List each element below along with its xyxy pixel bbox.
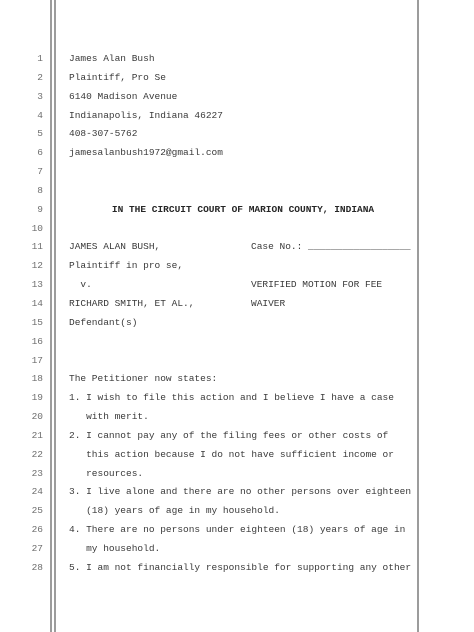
pleading-line: 6jamesalanbush1972@gmail.com [0, 144, 474, 163]
pleading-line: 191. I wish to file this action and I be… [0, 389, 474, 408]
court-heading: IN THE CIRCUIT COURT OF MARION COUNTY, I… [69, 201, 417, 220]
pleading-line: 18The Petitioner now states: [0, 370, 474, 389]
line-number: 7 [0, 163, 43, 182]
line-number: 10 [0, 220, 43, 239]
line-number: 11 [0, 238, 43, 257]
line-number: 21 [0, 427, 43, 446]
line-text: RICHARD SMITH, ET AL., [69, 295, 194, 314]
pleading-line: 22 this action because I do not have suf… [0, 446, 474, 465]
pleading-line: 7 [0, 163, 474, 182]
line-number: 1 [0, 50, 43, 69]
line-text: v. [69, 276, 92, 295]
line-text: Plaintiff, Pro Se [69, 69, 166, 88]
pleading-line: 285. I am not financially responsible fo… [0, 559, 474, 578]
line-number: 12 [0, 257, 43, 276]
line-number: 18 [0, 370, 43, 389]
pleading-line: 4Indianapolis, Indiana 46227 [0, 107, 474, 126]
pleading-line: 14RICHARD SMITH, ET AL.,WAIVER [0, 295, 474, 314]
pleading-line: 27 my household. [0, 540, 474, 559]
line-text: 408-307-5762 [69, 125, 137, 144]
pleading-line: 9IN THE CIRCUIT COURT OF MARION COUNTY, … [0, 201, 474, 220]
line-number: 9 [0, 201, 43, 220]
caption-right-column-text: Case No.: __________________ [251, 238, 411, 257]
line-number: 24 [0, 483, 43, 502]
line-number: 19 [0, 389, 43, 408]
line-text: (18) years of age in my household. [69, 502, 280, 521]
pleading-line: 264. There are no persons under eighteen… [0, 521, 474, 540]
pleading-line: 8 [0, 182, 474, 201]
line-number: 5 [0, 125, 43, 144]
line-number: 13 [0, 276, 43, 295]
pleading-line: 5408-307-5762 [0, 125, 474, 144]
line-number: 14 [0, 295, 43, 314]
caption-right-column-text: WAIVER [251, 295, 285, 314]
line-number: 25 [0, 502, 43, 521]
line-number: 2 [0, 69, 43, 88]
pleading-line: 17 [0, 352, 474, 371]
line-number: 22 [0, 446, 43, 465]
line-number: 26 [0, 521, 43, 540]
pleading-line: 10 [0, 220, 474, 239]
caption-right-column-text: VERIFIED MOTION FOR FEE [251, 276, 382, 295]
line-text: Defendant(s) [69, 314, 137, 333]
line-text: Indianapolis, Indiana 46227 [69, 107, 223, 126]
pleading-line: 15Defendant(s) [0, 314, 474, 333]
line-text: my household. [69, 540, 160, 559]
line-number: 15 [0, 314, 43, 333]
line-number: 27 [0, 540, 43, 559]
line-number: 3 [0, 88, 43, 107]
line-text: 6140 Madison Avenue [69, 88, 177, 107]
line-number: 28 [0, 559, 43, 578]
pleading-line: 25 (18) years of age in my household. [0, 502, 474, 521]
pleading-line: 1James Alan Bush [0, 50, 474, 69]
line-text: 4. There are no persons under eighteen (… [69, 521, 405, 540]
line-text: 5. I am not financially responsible for … [69, 559, 411, 578]
line-text: James Alan Bush [69, 50, 155, 69]
pleading-lines: 1James Alan Bush2Plaintiff, Pro Se36140 … [0, 50, 474, 578]
pleading-line: 12Plaintiff in pro se, [0, 257, 474, 276]
line-text: Plaintiff in pro se, [69, 257, 183, 276]
line-text: this action because I do not have suffic… [69, 446, 394, 465]
line-number: 20 [0, 408, 43, 427]
line-text: 2. I cannot pay any of the filing fees o… [69, 427, 388, 446]
pleading-line: 36140 Madison Avenue [0, 88, 474, 107]
pleading-line: 243. I live alone and there are no other… [0, 483, 474, 502]
pleading-page: 1James Alan Bush2Plaintiff, Pro Se36140 … [0, 0, 474, 632]
line-text: resources. [69, 465, 143, 484]
pleading-line: 2Plaintiff, Pro Se [0, 69, 474, 88]
line-text: JAMES ALAN BUSH, [69, 238, 160, 257]
pleading-line: 13 v.VERIFIED MOTION FOR FEE [0, 276, 474, 295]
line-number: 16 [0, 333, 43, 352]
line-number: 17 [0, 352, 43, 371]
line-text: 1. I wish to file this action and I beli… [69, 389, 394, 408]
line-number: 6 [0, 144, 43, 163]
pleading-line: 20 with merit. [0, 408, 474, 427]
line-text: with merit. [69, 408, 149, 427]
line-number: 23 [0, 465, 43, 484]
pleading-line: 11JAMES ALAN BUSH,Case No.: ____________… [0, 238, 474, 257]
line-text: The Petitioner now states: [69, 370, 217, 389]
pleading-line: 212. I cannot pay any of the filing fees… [0, 427, 474, 446]
line-number: 4 [0, 107, 43, 126]
pleading-line: 16 [0, 333, 474, 352]
pleading-line: 23 resources. [0, 465, 474, 484]
line-text: jamesalanbush1972@gmail.com [69, 144, 223, 163]
line-number: 8 [0, 182, 43, 201]
line-text: 3. I live alone and there are no other p… [69, 483, 411, 502]
